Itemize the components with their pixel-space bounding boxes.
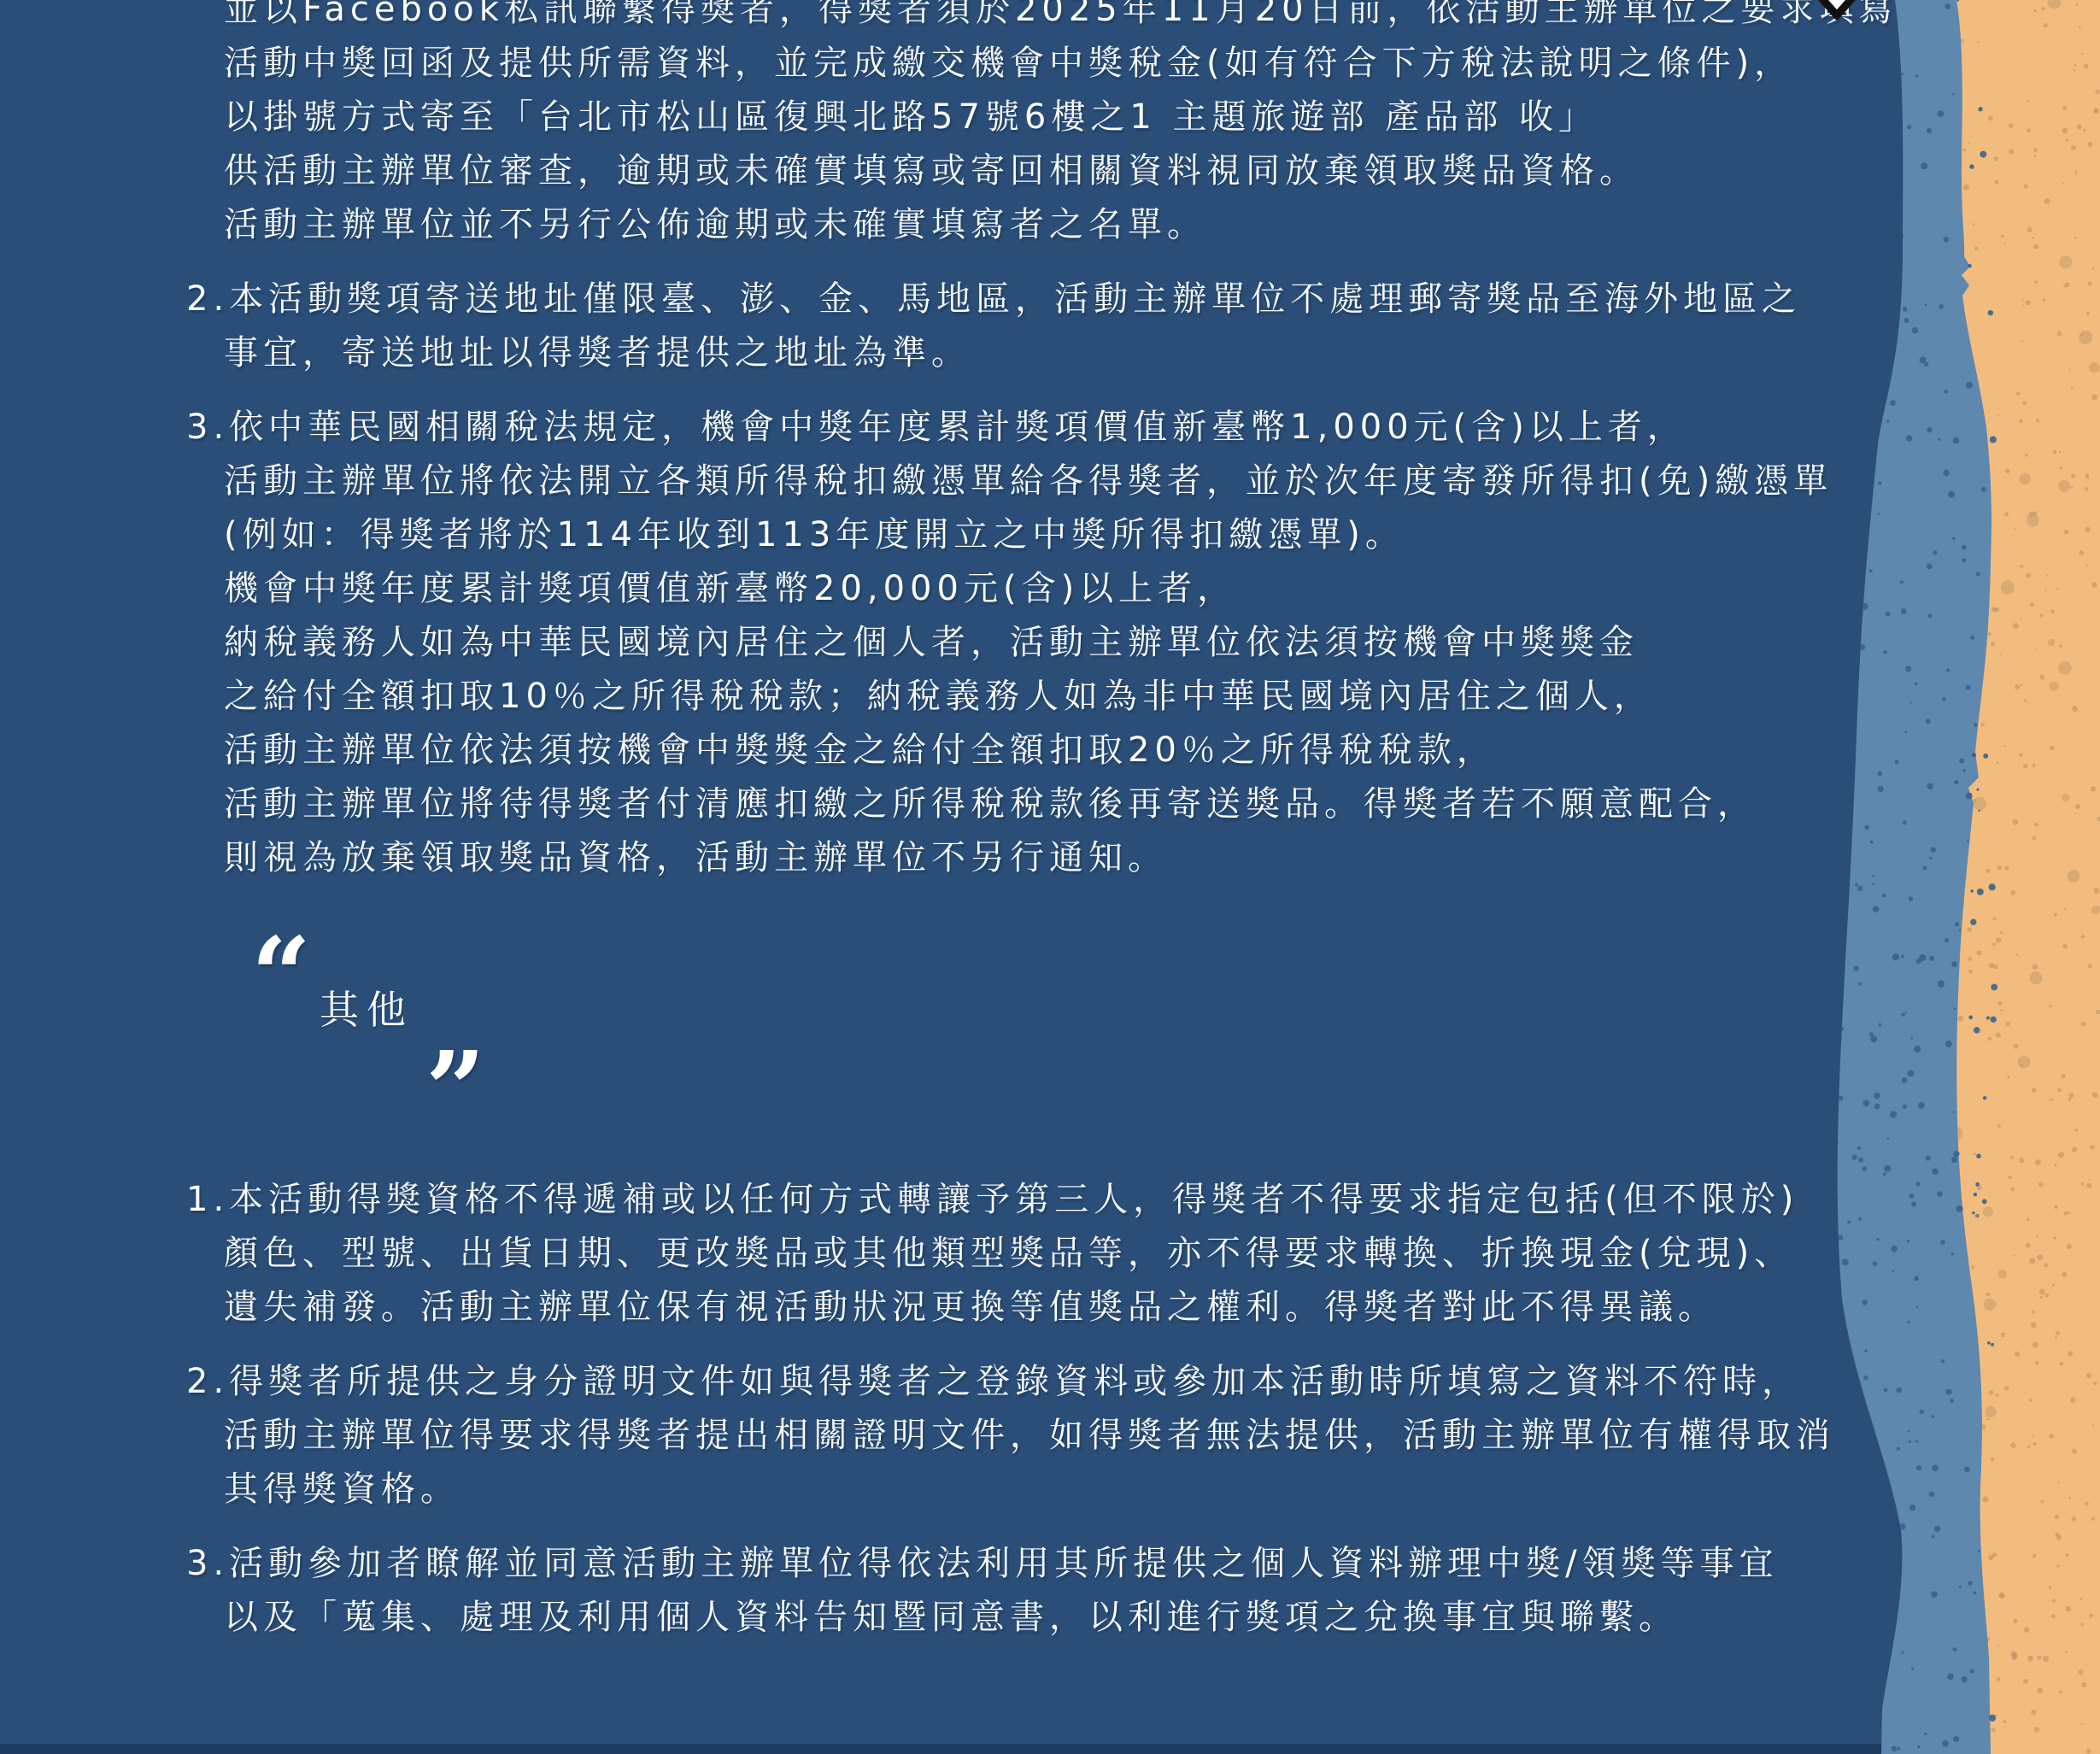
close-quote-icon: ” xyxy=(425,1037,485,1141)
terms-line: 3.依中華民國相關稅法規定，機會中獎年度累計獎項價值新臺幣1,000元(含)以上… xyxy=(186,401,1895,455)
terms-line: 顏色、型號、出貨日期、更改獎品或其他類型獎品等，亦不得要求轉換、折換現金(兌現)… xyxy=(186,1227,1895,1281)
section-title: 其他 xyxy=(320,979,414,1035)
terms-line: 1.本活動得獎資格不得遞補或以任何方式轉讓予第三人，得獎者不得要求指定包括(但不… xyxy=(186,1173,1895,1227)
terms-line: 活動主辦單位得要求得獎者提出相關證明文件，如得獎者無法提供，活動主辦單位有權得取… xyxy=(186,1409,1895,1463)
terms-line: 2.得獎者所提供之身分證明文件如與得獎者之登錄資料或參加本活動時所填寫之資料不符… xyxy=(186,1355,1895,1409)
terms-line: 以掛號方式寄至「台北市松山區復興北路57號6樓之1 主題旅遊部 產品部 收」 xyxy=(186,91,1895,144)
terms-line: (例如：得獎者將於114年收到113年度開立之中獎所得扣繳憑單)。 xyxy=(186,508,1895,562)
terms-line: 之給付全額扣取10％之所得稅稅款；納稅義務人如為非中華民國境內居住之個人， xyxy=(186,670,1895,724)
terms-line: 遺失補發。活動主辦單位保有視活動狀況更換等值獎品之權利。得獎者對此不得異議。 xyxy=(186,1281,1895,1335)
terms-line: 以及「蒐集、處理及利用個人資料告知暨同意書，以利進行獎項之兌換事宜與聯繫。 xyxy=(186,1591,1895,1645)
mouse-cursor-icon xyxy=(1815,0,1859,20)
terms-item: 2.本活動獎項寄送地址僅限臺、澎、金、馬地區，活動主辦單位不處理郵寄獎品至海外地… xyxy=(186,273,1895,380)
terms-line: 活動主辦單位並不另行公佈逾期或未確實填寫者之名單。 xyxy=(186,198,1895,252)
terms-line: 供活動主辦單位審查，逾期或未確實填寫或寄回相關資料視同放棄領取獎品資格。 xyxy=(186,144,1895,198)
open-quote-icon: “ xyxy=(251,923,311,1027)
terms-line: 3.活動參加者瞭解並同意活動主辦單位得依法利用其所提供之個人資料辦理中獎/領獎等… xyxy=(186,1537,1895,1591)
terms-line: 事宜，寄送地址以得獎者提供之地址為準。 xyxy=(186,326,1895,380)
terms-item: 3.依中華民國相關稅法規定，機會中獎年度累計獎項價值新臺幣1,000元(含)以上… xyxy=(186,401,1895,885)
terms-line: 活動中獎回函及提供所需資料，並完成繳交機會中獎稅金(如有符合下方稅法說明之條件)… xyxy=(186,37,1895,91)
terms-line: 活動主辦單位將依法開立各類所得稅扣繳憑單給各得獎者，並於次年度寄發所得扣(免)繳… xyxy=(186,455,1895,508)
terms-line: 2.本活動獎項寄送地址僅限臺、澎、金、馬地區，活動主辦單位不處理郵寄獎品至海外地… xyxy=(186,273,1895,326)
terms-content: 並以Facebook私訊聯繫得獎者，得獎者須於2025年11月20日前，依活動主… xyxy=(186,0,1895,1665)
terms-line: 則視為放棄領取獎品資格，活動主辦單位不另行通知。 xyxy=(186,831,1895,885)
terms-line: 活動主辦單位將待得獎者付清應扣繳之所得稅稅款後再寄送獎品。得獎者若不願意配合， xyxy=(186,777,1895,831)
terms-item: 3.活動參加者瞭解並同意活動主辦單位得依法利用其所提供之個人資料辦理中獎/領獎等… xyxy=(186,1537,1895,1645)
terms-line: 機會中獎年度累計獎項價值新臺幣20,000元(含)以上者， xyxy=(186,562,1895,616)
terms-item: 並以Facebook私訊聯繫得獎者，得獎者須於2025年11月20日前，依活動主… xyxy=(186,0,1895,252)
terms-line: 納稅義務人如為中華民國境內居住之個人者，活動主辦單位依法須按機會中獎獎金 xyxy=(186,616,1895,670)
terms-line: 並以Facebook私訊聯繫得獎者，得獎者須於2025年11月20日前，依活動主… xyxy=(186,0,1895,37)
terms-line: 其得獎資格。 xyxy=(186,1463,1895,1516)
terms-item: 2.得獎者所提供之身分證明文件如與得獎者之登錄資料或參加本活動時所填寫之資料不符… xyxy=(186,1355,1895,1516)
section-heading-others: “ 其他 ” xyxy=(186,931,1895,1106)
terms-line: 活動主辦單位依法須按機會中獎獎金之給付全額扣取20％之所得稅稅款， xyxy=(186,724,1895,777)
terms-item: 1.本活動得獎資格不得遞補或以任何方式轉讓予第三人，得獎者不得要求指定包括(但不… xyxy=(186,1173,1895,1335)
